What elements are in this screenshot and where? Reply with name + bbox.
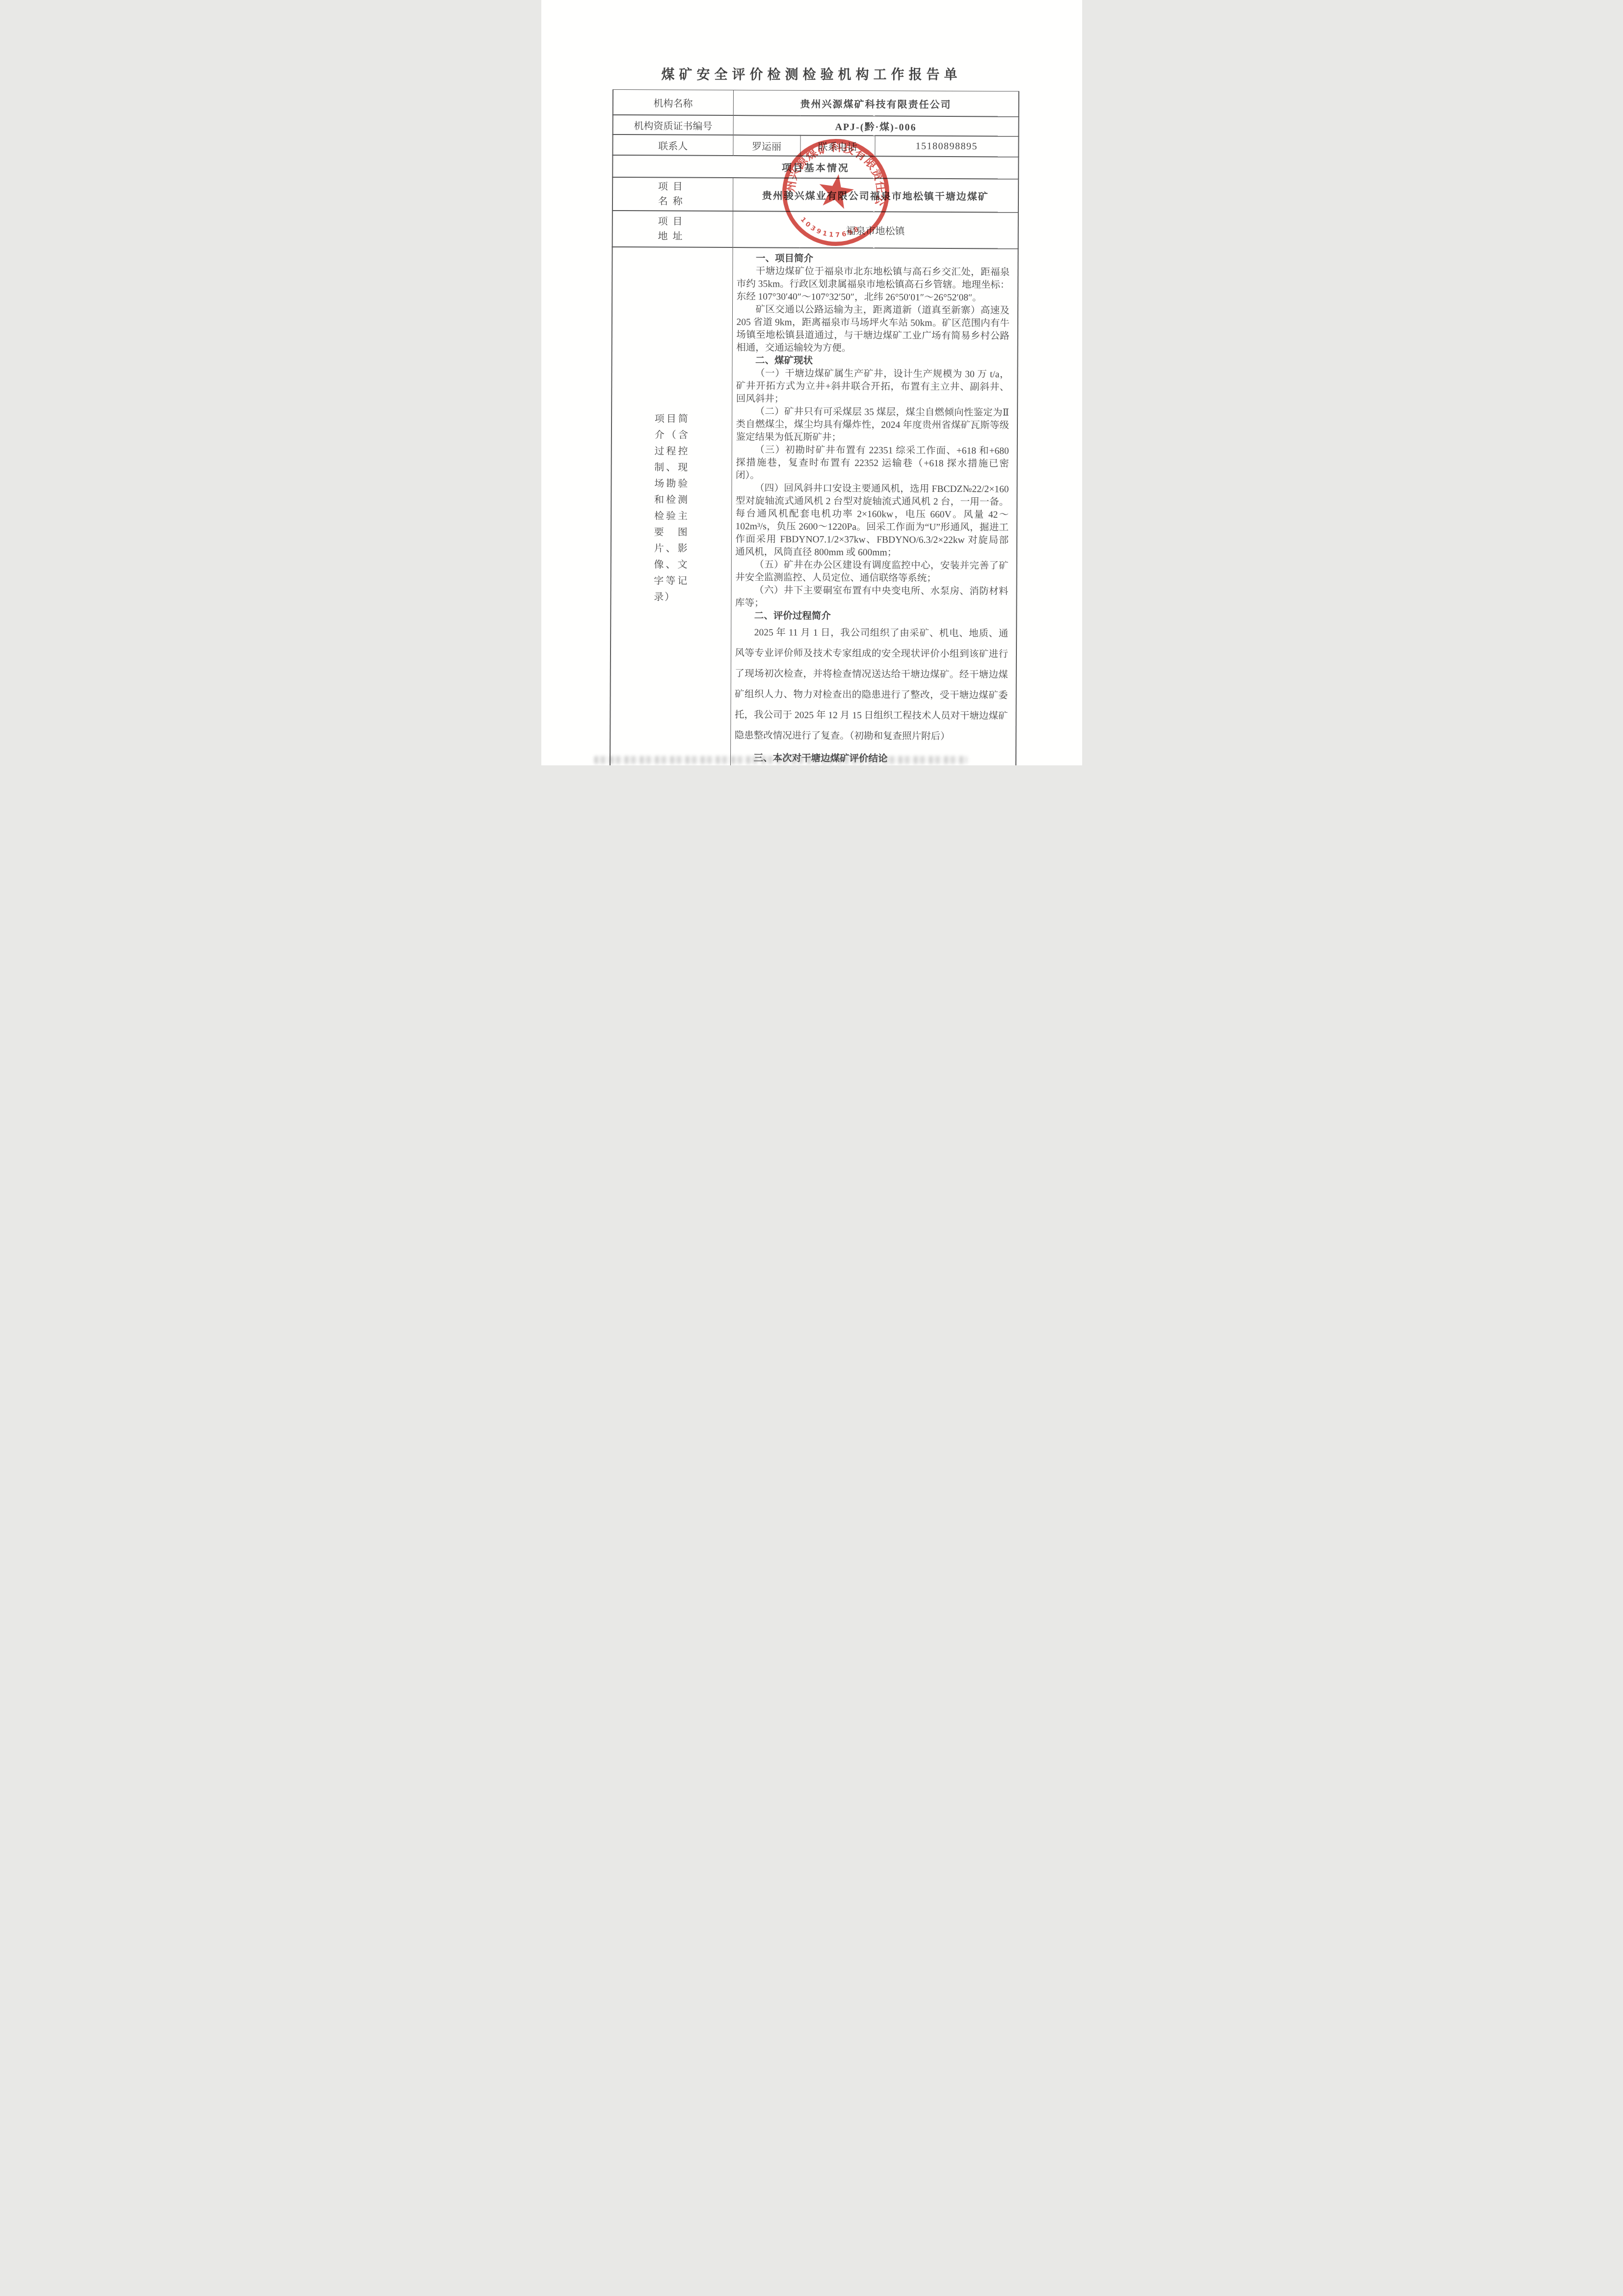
project-addr-value: 福泉市地松镇 — [732, 211, 1018, 249]
content-paragraph: 2025 年 11 月 1 日，我公司组织了由采矿、机电、地质、通风等专业评价师… — [734, 622, 1008, 747]
table-row-project-name: 项目名称 贵州骏兴煤业有限公司福泉市地松镇干塘边煤矿 — [612, 177, 1018, 213]
table-row-project-summary: 项目简介（含过程控制、现场勘验和检测检验主要图片、影像、文字等记录） 一、项目简… — [610, 247, 1018, 765]
org-name-label: 机构名称 — [612, 90, 733, 116]
table-row-contact: 联系人 罗运丽 联系电话 15180898895 — [612, 135, 1018, 157]
project-name-value: 贵州骏兴煤业有限公司福泉市地松镇干塘边煤矿 — [732, 178, 1018, 213]
content-paragraph: 干塘边煤矿位于福泉市北东地松镇与高石乡交汇处，距福泉市约 35km。行政区划隶属… — [736, 265, 1010, 304]
project-summary-content: 一、项目简介干塘边煤矿位于福泉市北东地松镇与高石乡交汇处，距福泉市约 35km。… — [730, 248, 1017, 765]
cert-value: APJ-(黔·煤)-006 — [733, 115, 1018, 136]
contact-label: 联系人 — [612, 135, 733, 156]
table-row-org-name: 机构名称 贵州兴源煤矿科技有限责任公司 — [612, 90, 1018, 117]
page-title: 煤矿安全评价检测检验机构工作报告单 — [541, 64, 1082, 83]
project-name-label: 项目名称 — [612, 177, 732, 211]
content-heading: 一、项目简介 — [736, 252, 1010, 266]
content-paragraph: 矿区交通以公路运输为主，距离道新（道真至新寨）高速及 205 省道 9km，距离… — [736, 303, 1010, 355]
phone-label: 联系电话 — [800, 135, 875, 157]
table-row-cert: 机构资质证书编号 APJ-(黔·煤)-006 — [612, 115, 1018, 136]
cert-label: 机构资质证书编号 — [612, 115, 733, 135]
table-row-project-addr: 项目地址 福泉市地松镇 — [612, 211, 1018, 249]
org-name-value: 贵州兴源煤矿科技有限责任公司 — [733, 90, 1018, 117]
page-bleed-artifact — [594, 756, 967, 764]
content-heading: 二、评价过程简介 — [735, 610, 1008, 623]
contact-value: 罗运丽 — [733, 135, 800, 156]
project-summary-label: 项目简介（含过程控制、现场勘验和检测检验主要图片、影像、文字等记录） — [610, 247, 732, 765]
content-paragraph: （三）初勘时矿井布置有 22351 综采工作面、+618 和+680 探措施巷，… — [736, 444, 1009, 483]
content-paragraph: （一）干塘边煤矿属生产矿井，设计生产规模为 30 万 t/a，矿井开拓方式为立井… — [736, 367, 1009, 406]
phone-value: 15180898895 — [875, 135, 1018, 157]
content-paragraph: （二）矿井只有可采煤层 35 煤层，煤尘自燃倾向性鉴定为Ⅱ类自燃煤尘，煤尘均具有… — [736, 405, 1009, 445]
content-paragraph: （四）回风斜井口安设主要通风机，选用 FBCDZ№22/2×160 型对旋轴流式… — [735, 482, 1009, 560]
content-paragraph: （六）井下主要硐室布置有中央变电所、水泵房、消防材料库等； — [735, 584, 1008, 611]
content-paragraph: （五）矿井在办公区建设有调度监控中心，安装并完善了矿井安全监测监控、人员定位、通… — [735, 559, 1009, 585]
content-heading: 二、煤矿现状 — [736, 354, 1010, 368]
report-table: 机构名称 贵州兴源煤矿科技有限责任公司 机构资质证书编号 APJ-(黔·煤)-0… — [609, 89, 1019, 765]
section-header: 项目基本情况 — [612, 155, 1018, 179]
project-addr-label: 项目地址 — [612, 211, 732, 247]
scanned-report-page: 煤矿安全评价检测检验机构工作报告单 机构名称 贵州兴源煤矿科技有限责任公司 机构… — [541, 0, 1082, 765]
project-summary-cell: 一、项目简介干塘边煤矿位于福泉市北东地松镇与高石乡交汇处，距福泉市约 35km。… — [730, 247, 1018, 765]
table-row-section-header: 项目基本情况 — [612, 155, 1018, 179]
